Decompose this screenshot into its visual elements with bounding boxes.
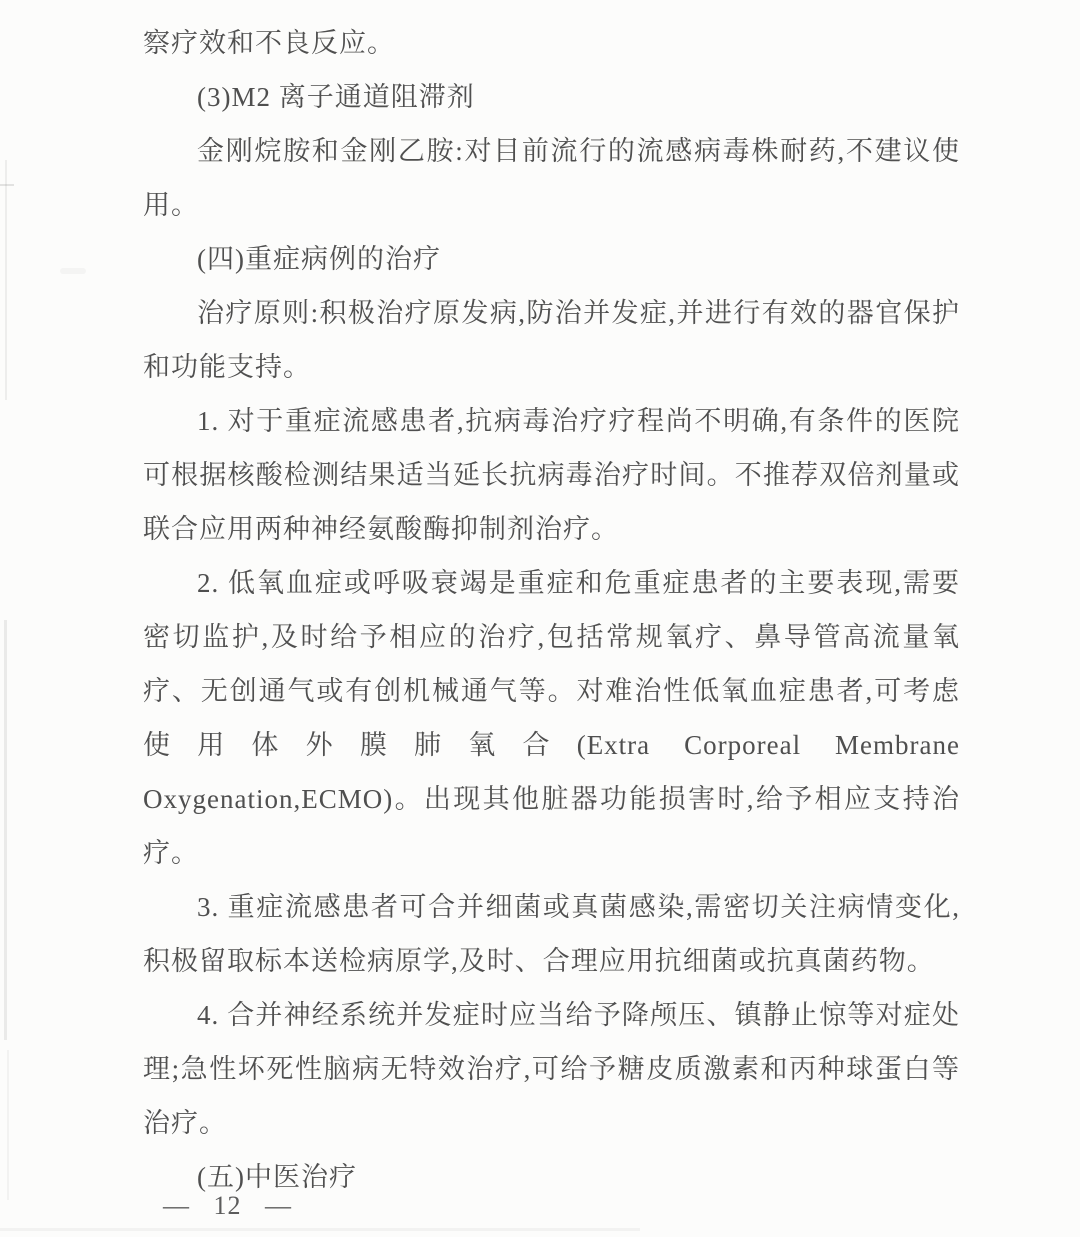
sub-heading-m2-blocker: (3)M2 离子通道阻滞剂 — [143, 70, 960, 124]
scan-artifact — [60, 268, 86, 274]
section-heading-severe-cases: (四)重症病例的治疗 — [143, 232, 960, 286]
scan-artifact — [7, 1050, 9, 1200]
scan-artifact — [5, 160, 7, 400]
scan-artifact — [4, 620, 7, 1040]
page-number: — 12 — — [163, 1191, 292, 1220]
page-footer: — 12 — — [163, 1190, 292, 1222]
paragraph-item-2: 2. 低氧血症或呼吸衰竭是重症和危重症患者的主要表现,需要密切监护,及时给予相应… — [143, 556, 960, 880]
paragraph-item-1: 1. 对于重症流感患者,抗病毒治疗疗程尚不明确,有条件的医院可根据核酸检测结果适… — [143, 394, 960, 556]
paragraph-item-4: 4. 合并神经系统并发症时应当给予降颅压、镇静止惊等对症处理;急性坏死性脑病无特… — [143, 988, 960, 1150]
scan-artifact — [0, 184, 14, 186]
document-body: 察疗效和不良反应。 (3)M2 离子通道阻滞剂 金刚烷胺和金刚乙胺:对目前流行的… — [143, 16, 960, 1204]
paragraph-item-3: 3. 重症流感患者可合并细菌或真菌感染,需密切关注病情变化,积极留取标本送检病原… — [143, 880, 960, 988]
paragraph: 金刚烷胺和金刚乙胺:对目前流行的流感病毒株耐药,不建议使用。 — [143, 124, 960, 232]
paragraph-continuation: 察疗效和不良反应。 — [143, 16, 960, 70]
document-page: 察疗效和不良反应。 (3)M2 离子通道阻滞剂 金刚烷胺和金刚乙胺:对目前流行的… — [0, 0, 1080, 1237]
paragraph: 治疗原则:积极治疗原发病,防治并发症,并进行有效的器官保护和功能支持。 — [143, 286, 960, 394]
scan-artifact — [0, 1228, 640, 1231]
